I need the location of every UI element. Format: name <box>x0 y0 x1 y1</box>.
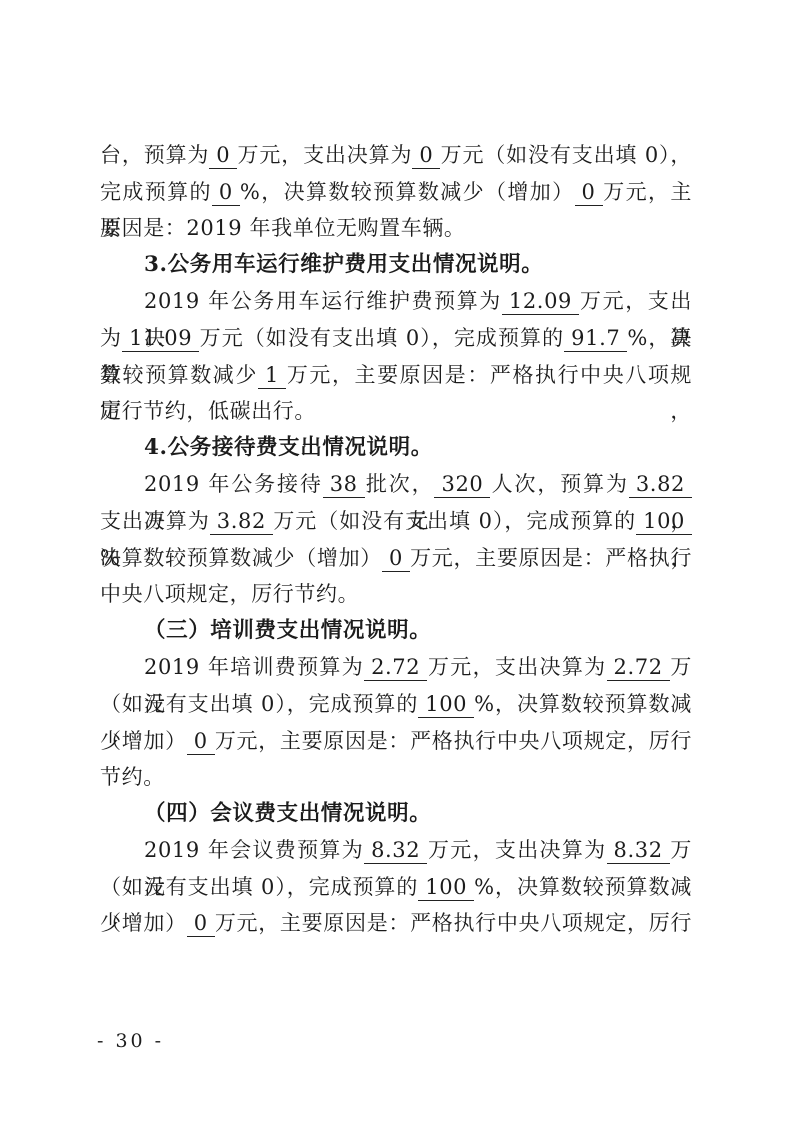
text-segment: （三）培训费支出情况说明。 <box>144 618 431 643</box>
text-line: 决算数较预算数减少（增加）0万元，主要原因是：严格执行 <box>100 540 692 577</box>
underlined-value: 91.7 <box>564 326 627 352</box>
text-segment: （如没有支出填 0），完成预算的 <box>100 692 418 716</box>
text-segment: 完成预算的 <box>100 180 212 204</box>
text-line: 2019 年会议费预算为8.32万元，支出决算为8.32万元 <box>100 832 692 869</box>
document-page: 台，预算为0万元，支出决算为0万元（如没有支出填 0），完成预算的0%，决算数较… <box>0 0 793 1122</box>
underlined-value: 8.32 <box>364 838 427 864</box>
text-segment: 决算数较预算数减少（增加） <box>100 546 382 570</box>
text-line: 节约。 <box>100 759 692 796</box>
text-segment: 2019 年培训费预算为 <box>144 655 364 679</box>
underlined-value: 2.72 <box>607 655 670 681</box>
text-line: 支出决算为3.82万元（如没有支出填 0），完成预算的100%， <box>100 503 692 540</box>
text-segment: （四）会议费支出情况说明。 <box>144 801 431 826</box>
text-line: （如没有支出填 0），完成预算的100%，决算数较预算数减少 <box>100 686 692 723</box>
underlined-value: 3.82 <box>629 472 692 498</box>
underlined-value: 0 <box>187 911 215 937</box>
section-heading: （四）会议费支出情况说明。 <box>100 796 692 833</box>
text-line: 原因是：2019 年我单位无购置车辆。 <box>100 210 692 247</box>
section-heading: 3.公务用车运行维护费用支出情况说明。 <box>100 247 692 284</box>
text-line: 台，预算为0万元，支出决算为0万元（如没有支出填 0）， <box>100 137 692 174</box>
underlined-value: 320 <box>434 472 490 498</box>
text-segment: 万元，主要原因是：严格执行中央八项规定，厉行 <box>215 911 692 935</box>
underlined-value: 3.82 <box>210 509 273 535</box>
text-segment: 数较预算数减少 <box>100 363 258 387</box>
text-segment: 万元，主要原因是：严格执行中央八项规定，厉行 <box>215 729 692 753</box>
text-line: （如没有支出填 0），完成预算的100%，决算数较预算数减少 <box>100 869 692 906</box>
underlined-value: 100 <box>418 692 474 718</box>
text-segment: 中央八项规定，厉行节约。 <box>100 582 359 606</box>
text-segment: 批次， <box>365 472 435 496</box>
text-segment: 万元，主要原因是：严格执行 <box>410 546 692 570</box>
text-line: 完成预算的0%，决算数较预算数减少（增加）0万元，主要 <box>100 174 692 211</box>
text-segment: （增加） <box>100 911 187 935</box>
text-segment: 万元（如没有支出填 0），完成预算的 <box>273 509 636 533</box>
underlined-value: 2.72 <box>364 655 427 681</box>
underlined-value: 8.32 <box>607 838 670 864</box>
section-heading: （三）培训费支出情况说明。 <box>100 613 692 650</box>
text-line: 2019 年公务接待38批次，320人次，预算为3.82万元， <box>100 466 692 503</box>
text-segment: 厉行节约，低碳出行。 <box>100 399 316 423</box>
underlined-value: 0 <box>209 143 237 169</box>
text-segment: 台，预算为 <box>100 143 209 167</box>
text-segment: 为 <box>100 326 122 350</box>
underlined-value: 100 <box>418 875 474 901</box>
underlined-value: 38 <box>323 472 365 498</box>
text-segment: 万元（如没有支出填 0），完成预算的 <box>199 326 564 350</box>
text-segment: 2019 年公务用车运行维护费预算为 <box>144 289 502 313</box>
text-segment: 3.公务用车运行维护费用支出情况说明。 <box>144 252 543 277</box>
underlined-value: 100 <box>636 509 692 535</box>
text-line: （增加）0万元，主要原因是：严格执行中央八项规定，厉行 <box>100 723 692 760</box>
text-segment: 万元，支出决算为 <box>237 143 412 167</box>
text-segment: 节约。 <box>100 765 165 789</box>
underlined-value: 1 <box>258 363 286 389</box>
text-line: 2019 年培训费预算为2.72万元，支出决算为2.72万元 <box>100 649 692 686</box>
text-segment: 原因是：2019 年我单位无购置车辆。 <box>100 216 466 240</box>
page-number: - 30 - <box>97 1028 164 1054</box>
text-segment: （如没有支出填 0），完成预算的 <box>100 875 418 899</box>
text-line: 2019 年公务用车运行维护费预算为12.09万元，支出决算 <box>100 283 692 320</box>
text-line: 为11.09万元（如没有支出填 0），完成预算的91.7%，决算 <box>100 320 692 357</box>
underlined-value: 12.09 <box>502 289 579 315</box>
text-segment: 万元（如没有支出填 0）， <box>440 143 692 167</box>
section-heading: 4.公务接待费支出情况说明。 <box>100 430 692 467</box>
text-segment: （增加） <box>100 729 187 753</box>
text-line: （增加）0万元，主要原因是：严格执行中央八项规定，厉行 <box>100 905 692 942</box>
underlined-value: 0 <box>212 180 240 206</box>
text-segment: 万元，支出决算为 <box>427 655 606 679</box>
text-segment: 4.公务接待费支出情况说明。 <box>144 435 433 460</box>
underlined-value: 0 <box>382 546 410 572</box>
text-segment: 万元，支出决算为 <box>427 838 606 862</box>
text-segment: %，决算数较预算数减少（增加） <box>240 180 575 204</box>
text-line: 中央八项规定，厉行节约。 <box>100 576 692 613</box>
text-segment: 人次，预算为 <box>490 472 628 496</box>
underlined-value: 11.09 <box>122 326 199 352</box>
text-line: 数较预算数减少1万元，主要原因是：严格执行中央八项规定， <box>100 357 692 394</box>
text-segment: 2019 年公务接待 <box>144 472 323 496</box>
underlined-value: 0 <box>412 143 440 169</box>
underlined-value: 0 <box>575 180 603 206</box>
document-body: 台，预算为0万元，支出决算为0万元（如没有支出填 0），完成预算的0%，决算数较… <box>100 137 692 942</box>
text-segment: 支出决算为 <box>100 509 210 533</box>
underlined-value: 0 <box>187 729 215 755</box>
text-segment: 2019 年会议费预算为 <box>144 838 364 862</box>
